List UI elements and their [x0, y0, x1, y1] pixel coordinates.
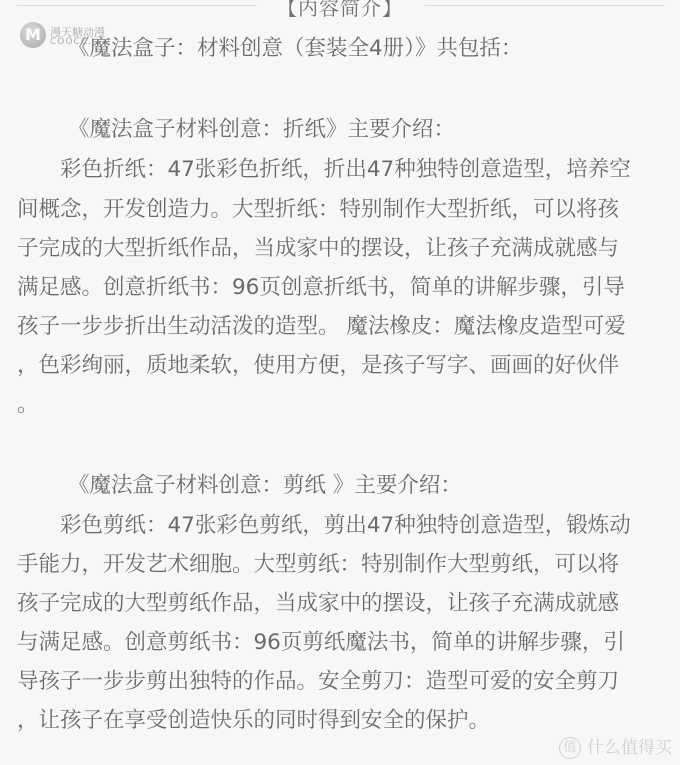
section-2-line: 导孩子一步步剪出独特的作品。安全剪刀：造型可爱的安全剪刀 — [17, 669, 619, 695]
section-1-line: 子完成的大型折纸作品，当成家中的摆设，让孩子充满成就感与 — [17, 236, 619, 262]
section-1-line: 满足感。创意折纸书：96页创意折纸书，简单的讲解步骤，引导 — [17, 275, 625, 301]
section-header: 【内容简介】 — [0, 0, 680, 20]
section-2-line: 手能力，开发艺术细胞。大型剪纸：特别制作大型剪纸，可以将 — [17, 552, 619, 578]
site-watermark-bottom: 值什么值得买 — [559, 733, 672, 759]
intro-line: 《魔法盒子：材料创意（套装全4册）》共包括： — [68, 36, 522, 62]
watermark-text: 什么值得买 — [587, 738, 672, 758]
divider-right — [425, 5, 665, 6]
section-1-line: 彩色折纸：47张彩色折纸，折出47种独特创意造型，培养空 — [60, 157, 631, 183]
section-1-line: 。 — [17, 392, 39, 418]
section-2-line: 孩子完成的大型剪纸作品，当成家中的摆设，让孩子充满成就感 — [17, 591, 619, 617]
section-2-line: ，让孩子在享受创造快乐的同时得到安全的保护。 — [17, 708, 490, 734]
section-1-title: 《魔法盒子材料创意：折纸》主要介绍： — [68, 117, 455, 143]
section-title: 【内容简介】 — [0, 0, 680, 21]
section-1-line: ，色彩绚丽，质地柔软，使用方便，是孩子写字、画画的好伙伴 — [17, 353, 619, 379]
value-badge-icon: 值 — [559, 737, 581, 759]
section-2-title: 《魔法盒子材料创意：剪纸 》主要介绍： — [68, 473, 462, 499]
section-1-line: 孩子一步步折出生动活泼的造型。 魔法橡皮：魔法橡皮造型可爱 — [17, 314, 626, 340]
section-2-line: 与满足感。创意剪纸书：96页剪纸魔法书，简单的讲解步骤，引 — [17, 630, 625, 656]
watermark-logo-icon: M — [20, 22, 46, 48]
section-1-line: 间概念，开发创造力。大型折纸：特别制作大型折纸，可以将孩 — [17, 197, 619, 223]
section-2-line: 彩色剪纸：47张彩色剪纸，剪出47种独特创意造型，锻炼动 — [60, 513, 631, 539]
